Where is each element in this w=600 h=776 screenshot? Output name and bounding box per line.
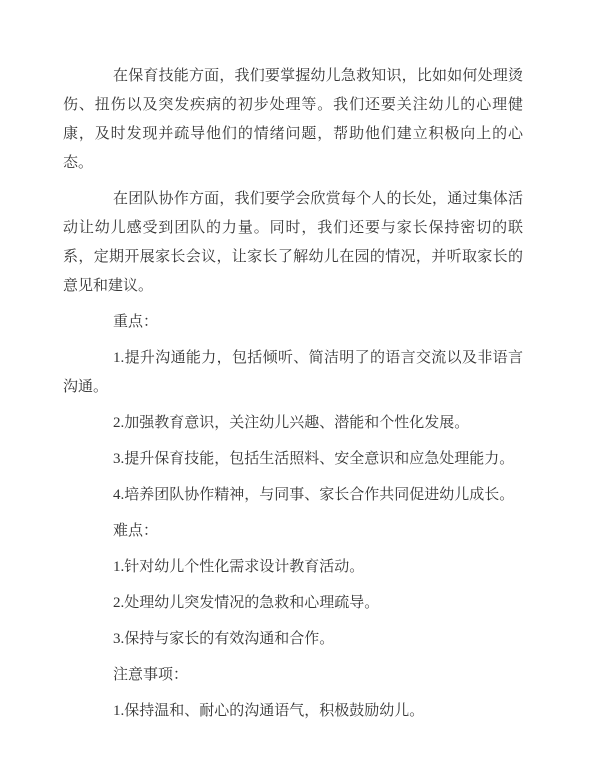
difficulty-1: 1.针对幼儿个性化需求设计教育活动。 <box>63 553 523 582</box>
difficulty-2: 2.处理幼儿突发情况的急救和心理疏导。 <box>63 589 523 618</box>
difficulty-3: 3.保持与家长的有效沟通和合作。 <box>63 625 523 654</box>
heading-notes: 注意事项： <box>63 661 523 690</box>
key-point-2: 2.加强教育意识，关注幼儿兴趣、潜能和个性化发展。 <box>63 409 523 438</box>
key-point-1: 1.提升沟通能力，包括倾听、简洁明了的语言交流以及非语言沟通。 <box>63 344 523 402</box>
document-page: 在保育技能方面，我们要掌握幼儿急救知识，比如如何处理烫伤、扭伤以及突发疾病的初步… <box>0 0 600 776</box>
note-1: 1.保持温和、耐心的沟通语气，积极鼓励幼儿。 <box>63 697 523 726</box>
paragraph-teamwork: 在团队协作方面，我们要学会欣赏每个人的长处，通过集体活动让幼儿感受到团队的力量。… <box>63 185 523 301</box>
key-point-3: 3.提升保育技能，包括生活照料、安全意识和应急处理能力。 <box>63 445 523 474</box>
paragraph-care-skills: 在保育技能方面，我们要掌握幼儿急救知识，比如如何处理烫伤、扭伤以及突发疾病的初步… <box>63 62 523 178</box>
heading-key-points: 重点： <box>63 308 523 337</box>
heading-difficulties: 难点： <box>63 517 523 546</box>
key-point-4: 4.培养团队协作精神，与同事、家长合作共同促进幼儿成长。 <box>63 481 523 510</box>
